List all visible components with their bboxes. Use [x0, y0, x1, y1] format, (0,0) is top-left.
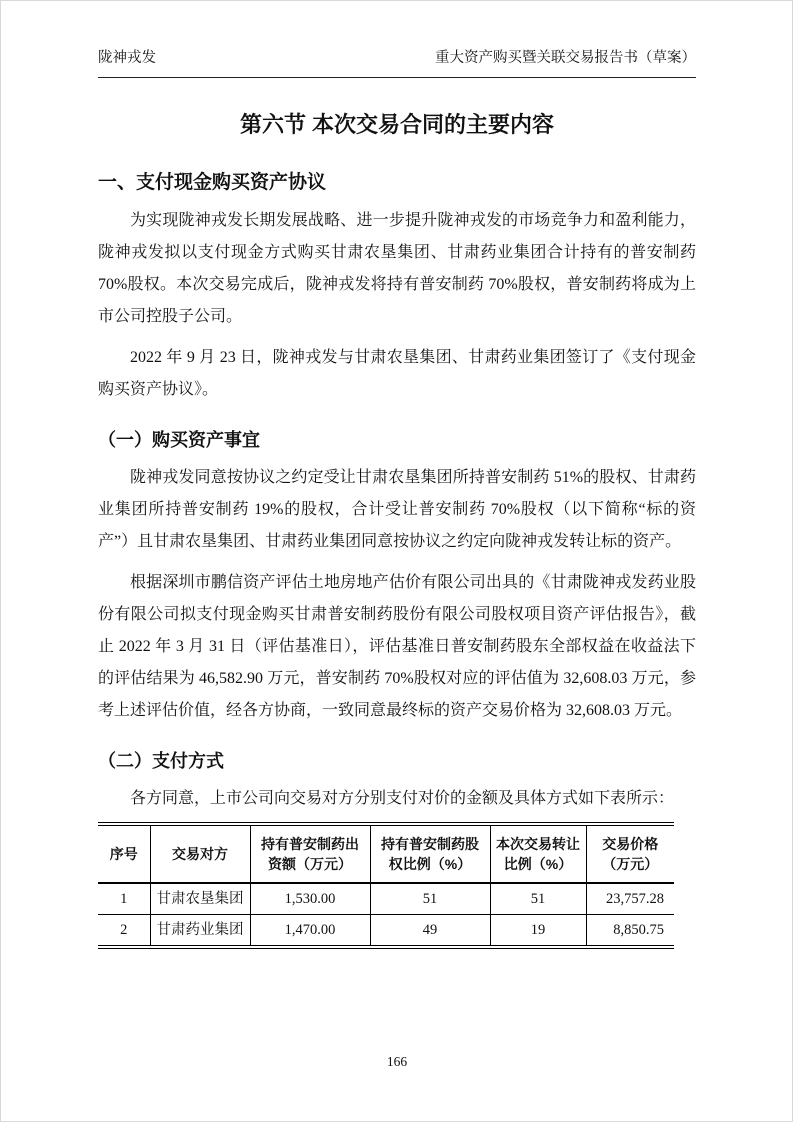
cell-counterparty: 甘肃农垦集团 [150, 883, 250, 915]
cell-transfer-ratio: 19 [490, 915, 586, 946]
col-header-counterparty: 交易对方 [150, 826, 250, 883]
col-header-index: 序号 [98, 826, 150, 883]
paragraph-signing-date: 2022 年 9 月 23 日，陇神戎发与甘肃农垦集团、甘肃药业集团签订了《支付… [98, 342, 696, 406]
document-page: 陇神戎发 重大资产购买暨关联交易报告书（草案） 第六节 本次交易合同的主要内容 … [0, 0, 793, 1122]
table-header-row: 序号 交易对方 持有普安制药出资额（万元） 持有普安制药股权比例（%） 本次交易… [98, 826, 674, 883]
cell-equity-ratio: 51 [370, 883, 490, 915]
header-company-name: 陇神戎发 [98, 47, 156, 69]
subsection-heading-payment-method: （二）支付方式 [98, 749, 696, 774]
cell-transfer-ratio: 51 [490, 883, 586, 915]
paragraph-payment-intro: 各方同意，上市公司向交易对方分别支付对价的金额及具体方式如下表所示： [98, 783, 696, 815]
cell-capital-contribution: 1,530.00 [250, 883, 370, 915]
paragraph-valuation: 根据深圳市鹏信资产评估土地房地产估价有限公司出具的《甘肃陇神戎发药业股份有限公司… [98, 567, 696, 727]
col-header-price: 交易价格（万元） [586, 826, 674, 883]
page-header: 陇神戎发 重大资产购买暨关联交易报告书（草案） [98, 47, 696, 78]
cell-price: 8,850.75 [586, 915, 674, 946]
cell-capital-contribution: 1,470.00 [250, 915, 370, 946]
payment-table: 序号 交易对方 持有普安制药出资额（万元） 持有普安制药股权比例（%） 本次交易… [98, 826, 674, 945]
col-header-transfer-ratio: 本次交易转让比例（%） [490, 826, 586, 883]
header-report-title: 重大资产购买暨关联交易报告书（草案） [435, 47, 696, 69]
cell-price: 23,757.28 [586, 883, 674, 915]
table-row: 2 甘肃药业集团 1,470.00 49 19 8,850.75 [98, 915, 674, 946]
chapter-title: 第六节 本次交易合同的主要内容 [98, 110, 696, 140]
paragraph-strategy: 为实现陇神戎发长期发展战略、进一步提升陇神戎发的市场竞争力和盈利能力，陇神戎发拟… [98, 205, 696, 333]
col-header-equity-ratio: 持有普安制药股权比例（%） [370, 826, 490, 883]
section-heading-payment-agreement: 一、支付现金购买资产协议 [98, 170, 696, 196]
cell-equity-ratio: 49 [370, 915, 490, 946]
cell-counterparty: 甘肃药业集团 [150, 915, 250, 946]
col-header-capital-contribution: 持有普安制药出资额（万元） [250, 826, 370, 883]
page-number: 166 [387, 1054, 407, 1069]
subsection-heading-asset-purchase: （一）购买资产事宜 [98, 428, 696, 453]
payment-table-container: 序号 交易对方 持有普安制药出资额（万元） 持有普安制药股权比例（%） 本次交易… [98, 822, 674, 949]
paragraph-transfer-terms: 陇神戎发同意按协议之约定受让甘肃农垦集团所持普安制药 51%的股权、甘肃药业集团… [98, 462, 696, 558]
table-row: 1 甘肃农垦集团 1,530.00 51 51 23,757.28 [98, 883, 674, 915]
cell-index: 1 [98, 883, 150, 915]
cell-index: 2 [98, 915, 150, 946]
page-footer: 166 [98, 1053, 696, 1071]
